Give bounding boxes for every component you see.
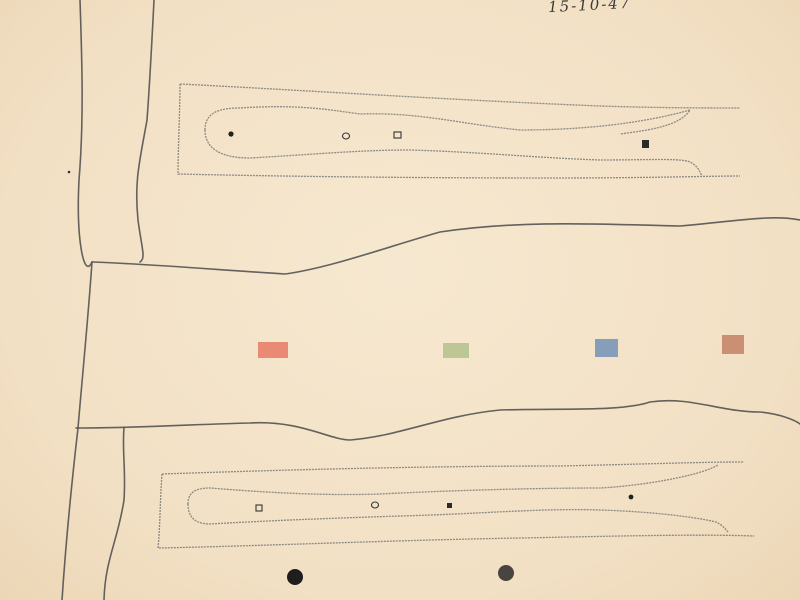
lower-hatched-mark <box>447 503 452 508</box>
upper-hatched-mark <box>642 140 649 148</box>
upper-lozenge <box>205 107 702 176</box>
drawing-canvas: 15-10-47 <box>0 0 800 600</box>
upper-circle-mark <box>343 133 350 139</box>
pencil-drawing <box>0 0 800 600</box>
swatch-red <box>258 342 288 358</box>
upper-frame <box>178 84 740 178</box>
left-inner-line-top <box>137 0 154 262</box>
swatch-blue <box>595 339 618 357</box>
central-band-top <box>92 218 800 274</box>
lower-lozenge <box>188 465 728 532</box>
swatch-green <box>443 343 469 358</box>
bottom-dot-black <box>287 569 303 585</box>
central-band-bottom <box>76 401 800 440</box>
lower-dot-mark <box>629 495 634 500</box>
lower-frame <box>158 462 754 548</box>
speck <box>68 171 71 174</box>
swatch-brown <box>722 335 744 354</box>
left-outer-line <box>62 0 92 600</box>
lower-square-mark <box>256 505 262 511</box>
upper-dot-mark <box>228 131 233 136</box>
upper-square-mark <box>394 132 401 138</box>
lower-circle-mark <box>372 502 379 508</box>
left-inner-line-bottom <box>104 428 125 600</box>
bottom-dot-grey <box>498 565 514 581</box>
